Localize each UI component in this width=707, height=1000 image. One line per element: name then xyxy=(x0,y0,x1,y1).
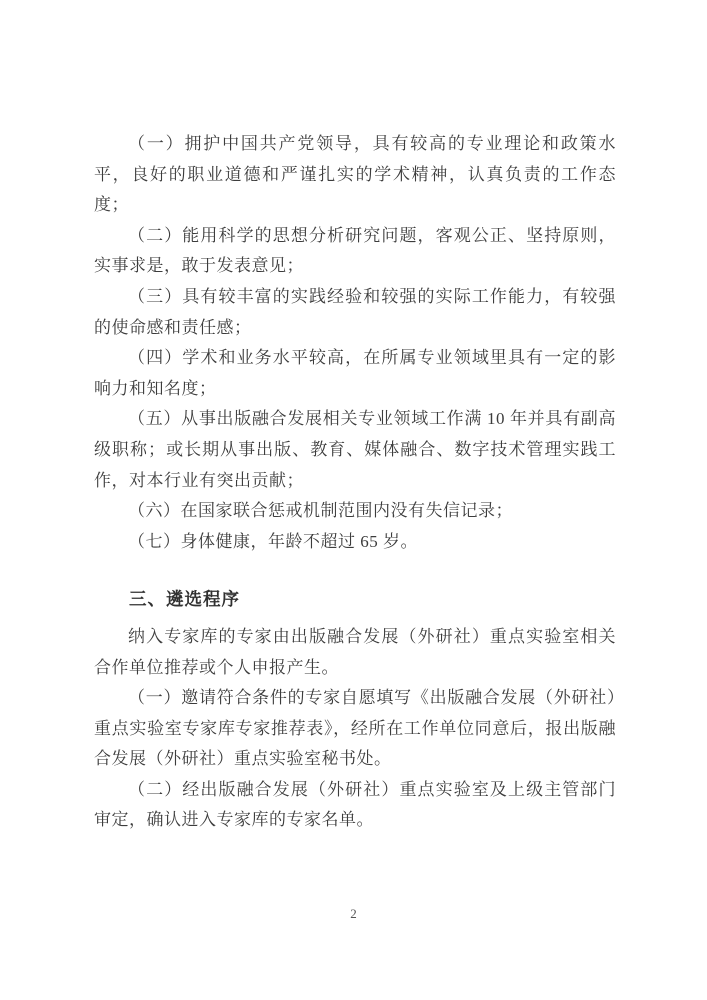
page-number: 2 xyxy=(0,906,707,922)
clause-item-6: （六）在国家联合惩戒机制范围内没有失信记录； xyxy=(94,496,616,527)
section-paragraph-2: （一）邀请符合条件的专家自愿填写《出版融合发展（外研社）重点实验室专家库专家推荐… xyxy=(94,683,616,775)
clause-item-2: （二）能用科学的思想分析研究问题，客观公正、坚持原则，实事求是，敢于发表意见； xyxy=(94,221,616,282)
clause-item-4: （四）学术和业务水平较高，在所属专业领域里具有一定的影响力和知名度； xyxy=(94,343,616,404)
clause-item-5: （五）从事出版融合发展相关专业领域工作满 10 年并具有副高级职称；或长期从事出… xyxy=(94,404,616,496)
section-paragraph-1: 纳入专家库的专家由出版融合发展（外研社）重点实验室相关合作单位推荐或个人申报产生… xyxy=(94,622,616,683)
document-page: （一）拥护中国共产党领导，具有较高的专业理论和政策水平，良好的职业道德和严谨扎实… xyxy=(0,0,707,1000)
clause-item-1: （一）拥护中国共产党领导，具有较高的专业理论和政策水平，良好的职业道德和严谨扎实… xyxy=(94,129,616,221)
clause-item-7: （七）身体健康，年龄不超过 65 岁。 xyxy=(94,527,616,558)
page-content: （一）拥护中国共产党领导，具有较高的专业理论和政策水平，良好的职业道德和严谨扎实… xyxy=(94,129,616,836)
clause-item-3: （三）具有较丰富的实践经验和较强的实际工作能力，有较强的使命感和责任感； xyxy=(94,282,616,343)
section-heading: 三、遴选程序 xyxy=(94,584,616,615)
section-paragraph-3: （二）经出版融合发展（外研社）重点实验室及上级主管部门审定，确认进入专家库的专家… xyxy=(94,775,616,836)
